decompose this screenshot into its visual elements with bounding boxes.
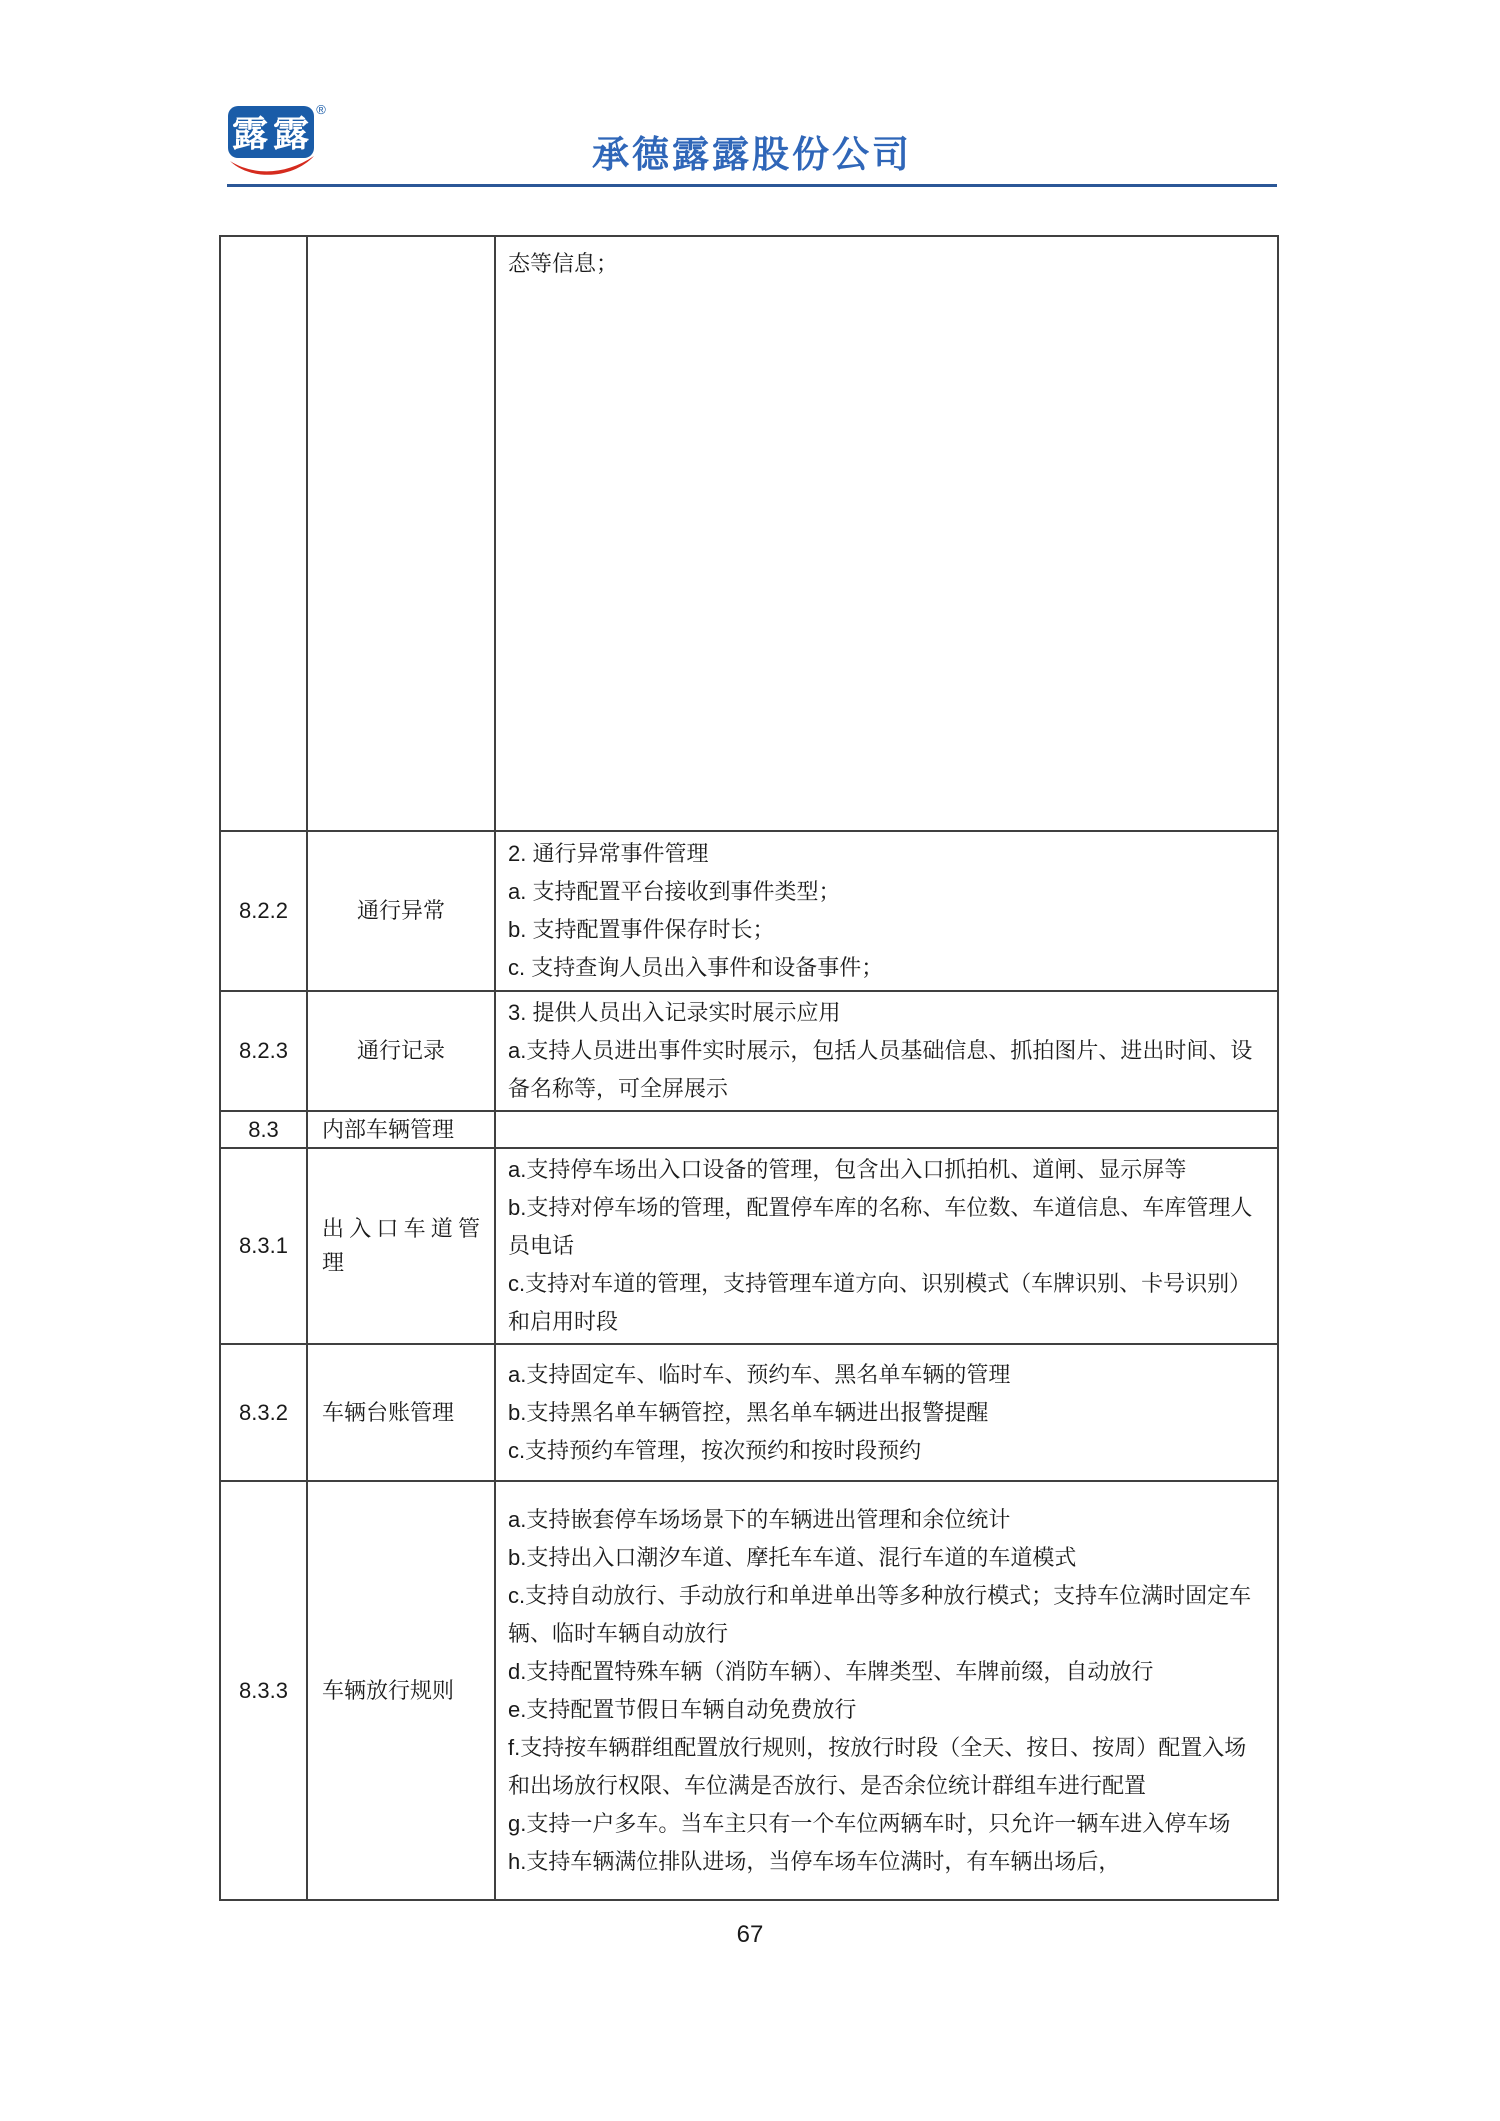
page-title: 承德露露股份公司	[227, 134, 1277, 176]
content-line: e.支持配置节假日车辆自动免费放行	[508, 1691, 1265, 1729]
spec-table: 态等信息；8.2.2通行异常2. 通行异常事件管理a. 支持配置平台接收到事件类…	[219, 235, 1279, 1901]
table-row: 8.3内部车辆管理	[220, 1111, 1278, 1148]
content-line: b. 支持配置事件保存时长；	[508, 911, 1265, 949]
content-line: b.支持黑名单车辆管控，黑名单车辆进出报警提醒	[508, 1394, 1265, 1432]
section-label-line: 通行记录	[312, 1034, 490, 1068]
header-divider	[227, 184, 1277, 187]
cell-section-content: a.支持固定车、临时车、预约车、黑名单车辆的管理b.支持黑名单车辆管控，黑名单车…	[495, 1344, 1278, 1481]
content-line: b.支持对停车场的管理，配置停车库的名称、车位数、车道信息、车库管理人	[508, 1189, 1265, 1227]
cell-section-number: 8.2.2	[220, 831, 307, 991]
cell-section-label: 出入口车道管理	[307, 1148, 495, 1344]
section-label-line: 车辆放行规则	[322, 1674, 480, 1708]
content-line: 3. 提供人员出入记录实时展示应用	[508, 994, 1265, 1032]
table-row: 8.3.3车辆放行规则a.支持嵌套停车场场景下的车辆进出管理和余位统计b.支持出…	[220, 1481, 1278, 1900]
content-line: 辆、临时车辆自动放行	[508, 1615, 1265, 1653]
content-line: a.支持人员进出事件实时展示，包括人员基础信息、抓拍图片、进出时间、设	[508, 1032, 1265, 1070]
content-line: c. 支持查询人员出入事件和设备事件；	[508, 949, 1265, 987]
cell-section-label	[307, 236, 495, 831]
content-line: d.支持配置特殊车辆（消防车辆）、车牌类型、车牌前缀，自动放行	[508, 1653, 1265, 1691]
section-label-line: 内部车辆管理	[322, 1113, 480, 1147]
content-line: 2. 通行异常事件管理	[508, 835, 1265, 873]
content-line: a. 支持配置平台接收到事件类型；	[508, 873, 1265, 911]
spec-table-body: 态等信息；8.2.2通行异常2. 通行异常事件管理a. 支持配置平台接收到事件类…	[220, 236, 1278, 1900]
page-number: 67	[0, 1921, 1500, 1949]
content-line: b.支持出入口潮汐车道、摩托车车道、混行车道的车道模式	[508, 1539, 1265, 1577]
section-label-line: 出入口车道管	[322, 1212, 480, 1246]
content-line: 态等信息；	[508, 245, 1265, 283]
document-page: 露 露 ® 承德露露股份公司 态等信息；8.2.2通行异常2. 通行异常事件管理…	[0, 0, 1500, 2121]
content-line: h.支持车辆满位排队进场，当停车场车位满时，有车辆出场后，	[508, 1843, 1265, 1881]
cell-section-number: 8.3.3	[220, 1481, 307, 1900]
table-row: 8.3.1出入口车道管理a.支持停车场出入口设备的管理，包含出入口抓拍机、道闸、…	[220, 1148, 1278, 1344]
section-label-line: 理	[322, 1246, 480, 1280]
cell-section-number: 8.3	[220, 1111, 307, 1148]
cell-section-label: 车辆放行规则	[307, 1481, 495, 1900]
table-row: 态等信息；	[220, 236, 1278, 831]
content-line: g.支持一户多车。当车主只有一个车位两辆车时，只允许一辆车进入停车场	[508, 1805, 1265, 1843]
cell-section-label: 通行记录	[307, 991, 495, 1111]
content-line: c.支持自动放行、手动放行和单进单出等多种放行模式；支持车位满时固定车	[508, 1577, 1265, 1615]
cell-section-number: 8.3.2	[220, 1344, 307, 1481]
cell-section-content	[495, 1111, 1278, 1148]
content-line: a.支持停车场出入口设备的管理，包含出入口抓拍机、道闸、显示屏等	[508, 1151, 1265, 1189]
cell-section-number	[220, 236, 307, 831]
cell-section-content: a.支持停车场出入口设备的管理，包含出入口抓拍机、道闸、显示屏等b.支持对停车场…	[495, 1148, 1278, 1344]
content-line: 员电话	[508, 1227, 1265, 1265]
cell-section-label: 车辆台账管理	[307, 1344, 495, 1481]
table-row: 8.2.2通行异常2. 通行异常事件管理a. 支持配置平台接收到事件类型；b. …	[220, 831, 1278, 991]
content-line: 和出场放行权限、车位满是否放行、是否余位统计群组车进行配置	[508, 1767, 1265, 1805]
cell-section-content: 2. 通行异常事件管理a. 支持配置平台接收到事件类型；b. 支持配置事件保存时…	[495, 831, 1278, 991]
table-row: 8.3.2车辆台账管理a.支持固定车、临时车、预约车、黑名单车辆的管理b.支持黑…	[220, 1344, 1278, 1481]
content-line: a.支持固定车、临时车、预约车、黑名单车辆的管理	[508, 1356, 1265, 1394]
cell-section-content: a.支持嵌套停车场场景下的车辆进出管理和余位统计b.支持出入口潮汐车道、摩托车车…	[495, 1481, 1278, 1900]
cell-section-label: 内部车辆管理	[307, 1111, 495, 1148]
content-line: a.支持嵌套停车场场景下的车辆进出管理和余位统计	[508, 1501, 1265, 1539]
content-line: 备名称等，可全屏展示	[508, 1070, 1265, 1108]
content-line: f.支持按车辆群组配置放行规则，按放行时段（全天、按日、按周）配置入场	[508, 1729, 1265, 1767]
content-line: 和启用时段	[508, 1303, 1265, 1341]
registered-trademark-icon: ®	[316, 102, 326, 117]
cell-section-label: 通行异常	[307, 831, 495, 991]
cell-section-number: 8.3.1	[220, 1148, 307, 1344]
cell-section-content: 3. 提供人员出入记录实时展示应用a.支持人员进出事件实时展示，包括人员基础信息…	[495, 991, 1278, 1111]
content-line: c.支持预约车管理，按次预约和按时段预约	[508, 1432, 1265, 1470]
section-label-line: 车辆台账管理	[322, 1396, 480, 1430]
section-label-line: 通行异常	[312, 894, 490, 928]
table-row: 8.2.3通行记录3. 提供人员出入记录实时展示应用a.支持人员进出事件实时展示…	[220, 991, 1278, 1111]
cell-section-number: 8.2.3	[220, 991, 307, 1111]
content-line: c.支持对车道的管理，支持管理车道方向、识别模式（车牌识别、卡号识别）	[508, 1265, 1265, 1303]
cell-section-content: 态等信息；	[495, 236, 1278, 831]
